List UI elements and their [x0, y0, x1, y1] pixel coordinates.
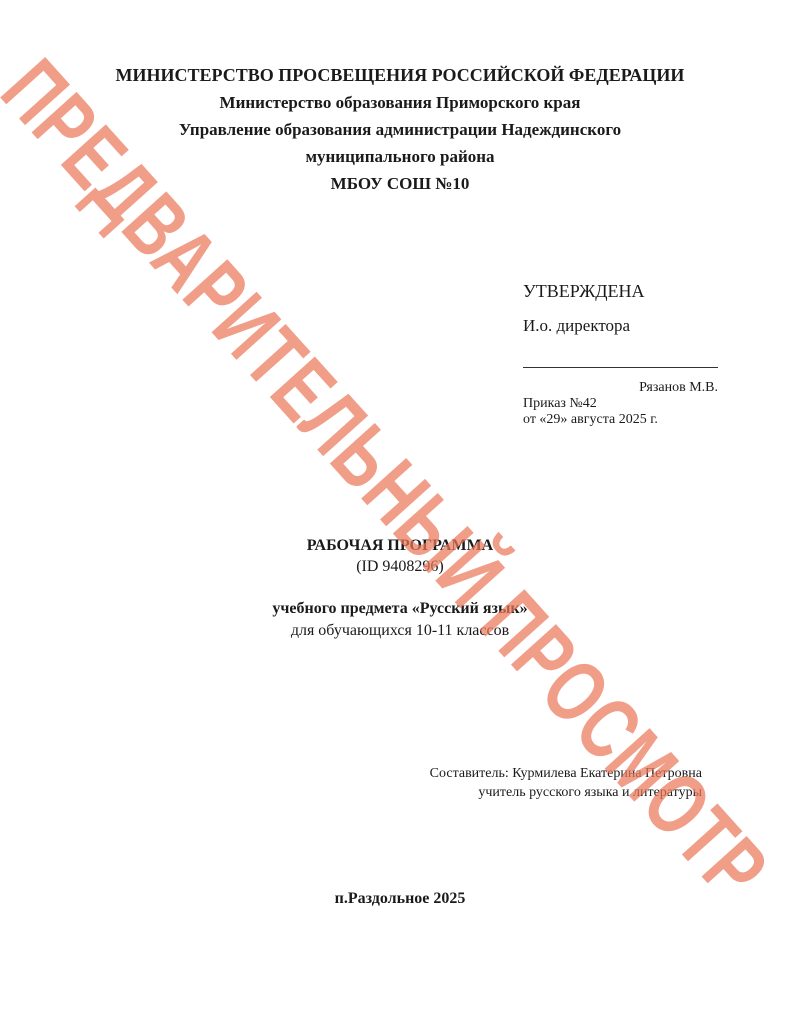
document-page: МИНИСТЕРСТВО ПРОСВЕЩЕНИЯ РОССИЙСКОЙ ФЕДЕ… [0, 0, 800, 1024]
approval-title: УТВЕРЖДЕНА [523, 279, 718, 303]
program-subject: учебного предмета «Русский язык» [0, 598, 800, 620]
approver-role: И.о. директора [523, 315, 718, 337]
place-year: п.Раздольное 2025 [0, 890, 800, 908]
order-date: от «29» августа 2025 г. [523, 412, 718, 428]
signature-line [523, 367, 718, 368]
order-number: Приказ №42 [523, 396, 718, 412]
program-grades: для обучающихся 10-11 классов [0, 620, 800, 642]
approver-name: Рязанов М.В. [523, 380, 718, 396]
approval-block: УТВЕРЖДЕНА И.о. директора Рязанов М.В. П… [523, 279, 718, 428]
ministry-federal: МИНИСТЕРСТВО ПРОСВЕЩЕНИЯ РОССИЙСКОЙ ФЕДЕ… [0, 62, 800, 89]
